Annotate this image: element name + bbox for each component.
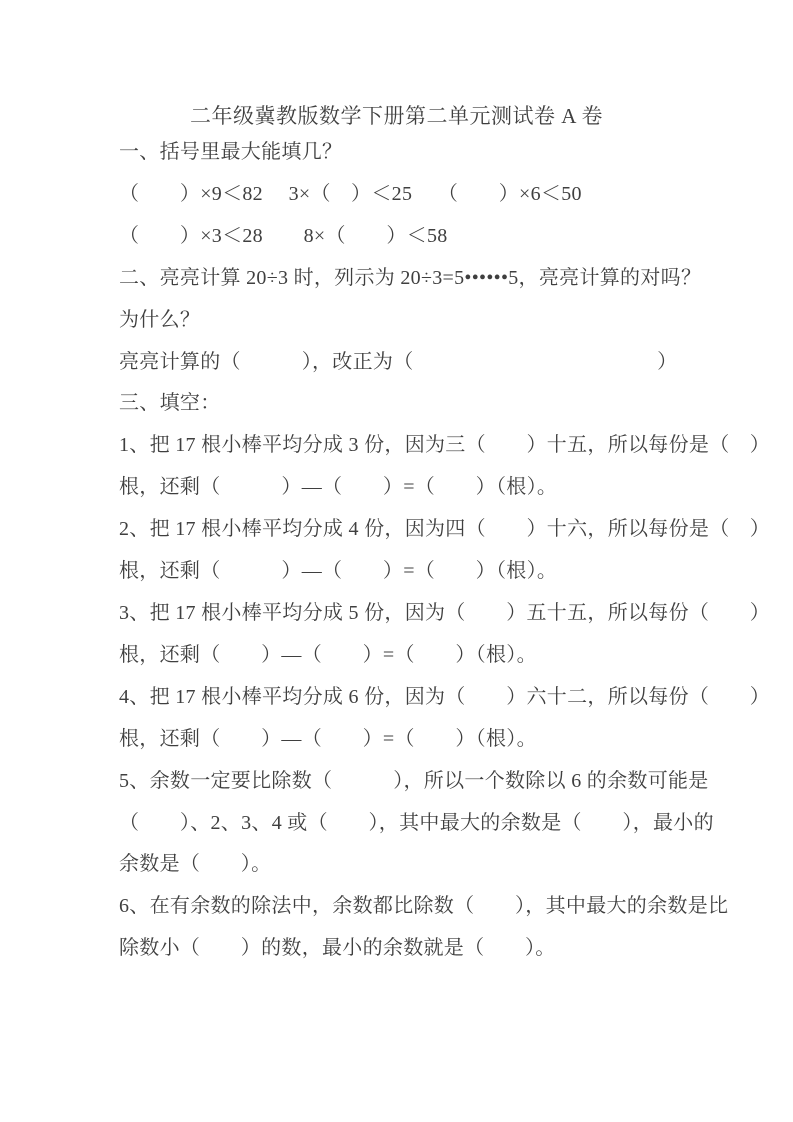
question1-line1: 1、把 17 根小棒平均分成 3 份，因为三（ ）十五，所以每份是（ ）	[119, 425, 677, 467]
question2-line2: 根，还剩（ ）—（ ）=（ ）（根）。	[119, 551, 677, 593]
question2-line1: 2、把 17 根小棒平均分成 4 份，因为四（ ）十六，所以每份是（ ）	[119, 509, 677, 551]
section-two-heading: 二、亮亮计算 20÷3 时，列示为 20÷3=5••••••5，亮亮计算的对吗？	[119, 258, 677, 300]
question6-line2: 除数小（ ）的数，最小的余数就是（ ）。	[119, 928, 677, 970]
question3-line1: 3、把 17 根小棒平均分成 5 份，因为（ ）五十五，所以每份（ ）	[119, 593, 677, 635]
section-two-why-line: 为什么？	[119, 300, 677, 342]
question5-line2: （ ）、2、3、4 或（ ），其中最大的余数是（ ），最小的	[119, 803, 677, 845]
question5-line3: 余数是（ ）。	[119, 844, 677, 886]
section-two-answer-line: 亮亮计算的（ ），改正为（ ）	[119, 342, 677, 384]
question3-line2: 根，还剩（ ）—（ ）=（ ）（根）。	[119, 635, 677, 677]
question5-line1: 5、余数一定要比除数（ ），所以一个数除以 6 的余数可能是	[119, 761, 677, 803]
question4-line2: 根，还剩（ ）—（ ）=（ ）（根）。	[119, 719, 677, 761]
section-three-heading: 三、填空：	[119, 383, 677, 425]
section-one-equations-row2: （ ）×3＜28 8×（ ）＜58	[119, 216, 677, 258]
page-title: 二年级冀教版数学下册第二单元测试卷 A 卷	[0, 100, 793, 130]
section-one-equations-row1: （ ）×9＜82 3×（ ）＜25 （ ）×6＜50	[119, 174, 677, 216]
test-paper-document: 二年级冀教版数学下册第二单元测试卷 A 卷 一、括号里最大能填几？ （ ）×9＜…	[0, 0, 793, 1122]
question4-line1: 4、把 17 根小棒平均分成 6 份，因为（ ）六十二，所以每份（ ）	[119, 677, 677, 719]
document-body: 一、括号里最大能填几？ （ ）×9＜82 3×（ ）＜25 （ ）×6＜50 （…	[119, 132, 677, 970]
question6-line1: 6、在有余数的除法中，余数都比除数（ ），其中最大的余数是比	[119, 886, 677, 928]
section-one-heading: 一、括号里最大能填几？	[119, 132, 677, 174]
question1-line2: 根，还剩（ ）—（ ）=（ ）（根）。	[119, 467, 677, 509]
